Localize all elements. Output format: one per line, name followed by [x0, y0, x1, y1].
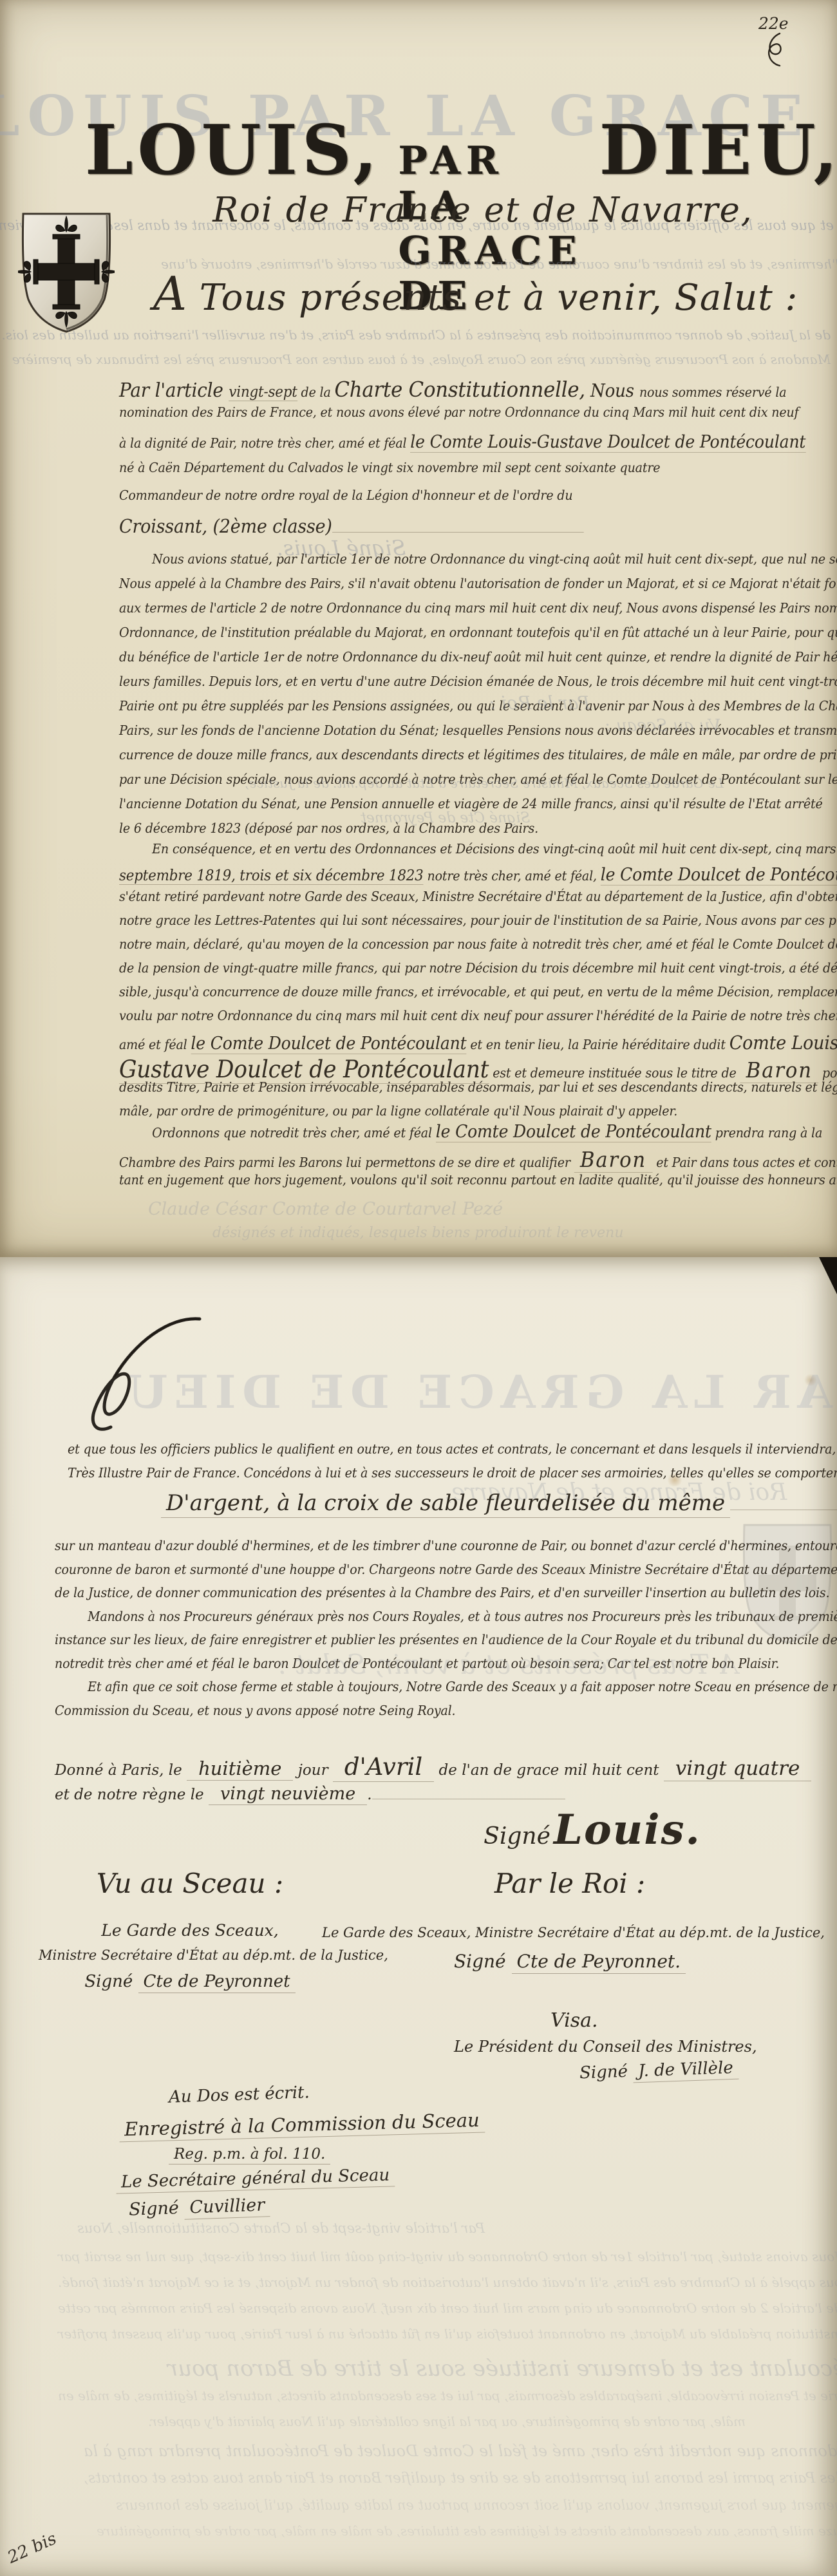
bleed-through-line: desdits Titre, Pairie et Pension irrévoc… [58, 2388, 837, 2403]
blank-rule [730, 1488, 837, 1510]
body-line: de la Justice, de donner communication d… [55, 1585, 837, 1609]
cuvillier-signature: Signé Cuvillier [129, 2195, 270, 2220]
body-line: Et afin que ce soit chose ferme et stabl… [55, 1679, 837, 1703]
body-line: né à Caën Département du Calvados le vin… [119, 460, 805, 488]
body-line: de la pension de vingt-quatre mille fran… [119, 960, 837, 984]
body-line: sur un manteau d'azur doublé d'hermines,… [55, 1538, 837, 1562]
bleed-through-line: mâle, par ordre de primogéniture, ou par… [148, 2414, 746, 2429]
folio-number-page1: 22e [758, 14, 789, 33]
page-1: 22e LOUIS PAR LA GRACE DE DIEU LOUIS, PA… [0, 0, 837, 1257]
header-word-dieu: DIEU, [599, 109, 837, 190]
body-line: instance sur les lieux, de faire enregis… [55, 1632, 837, 1656]
signature-louis: Louis. [554, 1806, 701, 1854]
body-line: notre grace les Lettres-Patentes qui lui… [119, 913, 837, 936]
header-word-louis: LOUIS, [85, 109, 382, 190]
bleed-through-line: Ordonnons que notredit très cher, amé et… [84, 2442, 837, 2460]
president-line: Le Président du Conseil des Ministres, [454, 2038, 757, 2056]
coat-of-arms-shield [18, 209, 115, 335]
body-line: Ordonnance, de l'institution préalable d… [119, 625, 837, 649]
scan-edge-mark [819, 1257, 837, 1297]
bleed-through-header: LOUIS PAR LA GRACE DE DIEU [122, 1365, 837, 1419]
body-line: En conséquence, et en vertu des Ordonnan… [119, 841, 837, 865]
royal-document-scan: 22e LOUIS PAR LA GRACE DE DIEU LOUIS, PA… [0, 0, 837, 2576]
peyronnet-signature: Signé Cte de Peyronnet. [322, 1951, 818, 1972]
regnal-line: et de notre règne le vingt neuvième. [55, 1784, 565, 1804]
bleed-through-line: de la Justice, de donner communication d… [32, 327, 831, 343]
bleed-through-line: Nous avions statué, par l'article 1er de… [58, 2249, 837, 2264]
body-line: Commandeur de notre ordre royal de la Lé… [119, 488, 805, 515]
bleed-through-line: tant en jugement que hors jugement, voul… [116, 2497, 837, 2513]
body-line: desdits Titre, Pairie et Pension irrévoc… [119, 1079, 837, 1103]
paragraph-4: Ordonnons que notredit très cher, amé et… [119, 1122, 837, 1197]
body-line: Ordonnons que notredit très cher, amé et… [119, 1122, 837, 1147]
body-line: nomination des Pairs de France, et nous … [119, 404, 805, 432]
seal-column: Vu au Sceau : Le Garde des Sceaux, Minis… [39, 1868, 341, 1991]
bleed-through-line: Claude César Comte de Courtarvel Pezé [148, 1199, 503, 1219]
body-line: Mandons à nos Procureurs généraux près n… [55, 1609, 837, 1633]
vu-au-sceau-title: Vu au Sceau : [39, 1868, 341, 1899]
bleed-through-line: Ordonnance, de l'institution préalable d… [58, 2326, 837, 2342]
blazon-line: D'argent, à la croix de sable fleurdelis… [161, 1488, 837, 1516]
body-line: amé et féal le Comte Doulcet de Pontécou… [119, 1032, 837, 1056]
bleed-through-line: currence de douze mille francs, aux desc… [97, 2523, 837, 2539]
blank-rule [372, 1784, 565, 1799]
royal-signature: Signé Louis. [451, 1806, 734, 1854]
salutation-line: A Tous présents et à venir, Salut : [153, 267, 798, 321]
register-folio-line: Reg. p.m. à fol. 110. [169, 2146, 330, 2163]
body-line: Pairs, sur les fonds de l'ancienne Dotat… [119, 723, 837, 747]
body-line: leurs familles. Depuis lors, et en vertu… [119, 674, 837, 698]
page-2: 22 bis LOUIS PAR LA GRACE DE DIEU et que… [0, 1257, 837, 2576]
corner-flourish-icon [763, 31, 789, 68]
body-line: currence de douze mille francs, aux desc… [119, 747, 837, 772]
paragraph-1: Par l'article vingt-sept de la Charte Co… [119, 377, 805, 543]
paragraph-3: En conséquence, et en vertu des Ordonnan… [119, 841, 837, 1127]
body-line: Gustave Doulcet de Pontécoulant est et d… [119, 1056, 837, 1079]
salutation-initial: A [153, 267, 187, 321]
registration-line: Enregistré à la Commission du Sceau [119, 2109, 485, 2141]
body-line: par une Décision spéciale, nous avions a… [119, 772, 837, 796]
body-line: Commission du Sceau, et nous y avons app… [55, 1703, 837, 1727]
peyronnet-signature: Signé Cte de Peyronnet [39, 1972, 341, 1991]
body-line: Croissant, (2ème classe) [119, 515, 805, 543]
bleed-through-line: Gustave Doulcet de Pontécoulant est et d… [167, 2356, 837, 2382]
blank-rule [332, 519, 584, 533]
dos-note: Au Dos est écrit. [169, 2083, 310, 2107]
intro-paragraph: et que tous les officiers publics le qua… [68, 1441, 837, 1489]
bleed-through-line: Chambre des Pairs parmi les barons lui p… [84, 2470, 837, 2486]
body-line: s'étant retiré pardevant notre Garde des… [119, 889, 837, 913]
body-line: Nous avions statué, par l'article 1er de… [119, 551, 837, 576]
bleed-through-line: Mandons à nos Procureurs généraux près n… [32, 352, 831, 367]
body-line: et que tous les officiers publics le qua… [68, 1441, 837, 1465]
paragraph-2: Nous avions statué, par l'article 1er de… [119, 551, 837, 845]
visa-label: Visa. [550, 2009, 598, 2032]
bleed-through-line: Par l'article vingt-sept de la Charte Co… [77, 2221, 485, 2236]
folio-number-page2: 22 bis [5, 2529, 59, 2568]
body-line: l'ancienne Dotation du Sénat, une Pensio… [119, 796, 837, 820]
header-subtitle: Roi de France et de Navarre, [142, 191, 824, 230]
body-line: Par l'article vingt-sept de la Charte Co… [119, 377, 805, 404]
body-line: du bénéfice de l'article 1er de notre Or… [119, 649, 837, 674]
body-line: Nous appelé à la Chambre des Pairs, s'il… [119, 576, 837, 600]
king-column: Par le Roi : Le Garde des Sceaux, Minist… [322, 1868, 818, 1972]
body-line: tant en jugement que hors jugement, voul… [119, 1172, 837, 1197]
bleed-through-line: désignés et indiqués, lesquels biens pro… [212, 1225, 624, 1241]
bleed-through-line: Nous appelé à la Chambre des Pairs, s'il… [58, 2275, 837, 2290]
body-paragraph: sur un manteau d'azur doublé d'hermines,… [55, 1538, 837, 1726]
villele-signature: Signé J. de Villèle [579, 2058, 739, 2083]
bleed-through-line: aux termes de l'article 2 de notre Ordon… [58, 2300, 837, 2316]
body-line: septembre 1819, trois et six décembre 18… [119, 865, 837, 889]
body-line: voulu par notre Ordonnance du cinq mars … [119, 1008, 837, 1032]
body-line: notre main, déclaré, qu'au moyen de la c… [119, 936, 837, 960]
body-line: Chambre des Pairs parmi les Barons lui p… [119, 1147, 837, 1172]
par-le-roi-title: Par le Roi : [322, 1868, 818, 1899]
dateline: Donné à Paris, le huitième jour d'Avril … [55, 1753, 811, 1781]
body-line: Très Illustre Pair de France. Concédons … [68, 1465, 837, 1489]
body-line: Pairie ont pu être suppléés par les Pens… [119, 698, 837, 723]
secretary-line: Le Secrétaire général du Sceau [116, 2165, 395, 2192]
body-line: notredit très cher amé et féal le baron … [55, 1656, 837, 1680]
body-line: à la dignité de Pair, notre très cher, a… [119, 432, 805, 460]
body-line: aux termes de l'article 2 de notre Ordon… [119, 600, 837, 625]
paper-stain [804, 1374, 818, 1386]
salutation-text: Tous présents et à venir, Salut : [187, 277, 798, 319]
body-line: sible, jusqu'à concurrence de douze mill… [119, 984, 837, 1008]
body-line: couronne de baron et surmonté d'une houp… [55, 1562, 837, 1586]
